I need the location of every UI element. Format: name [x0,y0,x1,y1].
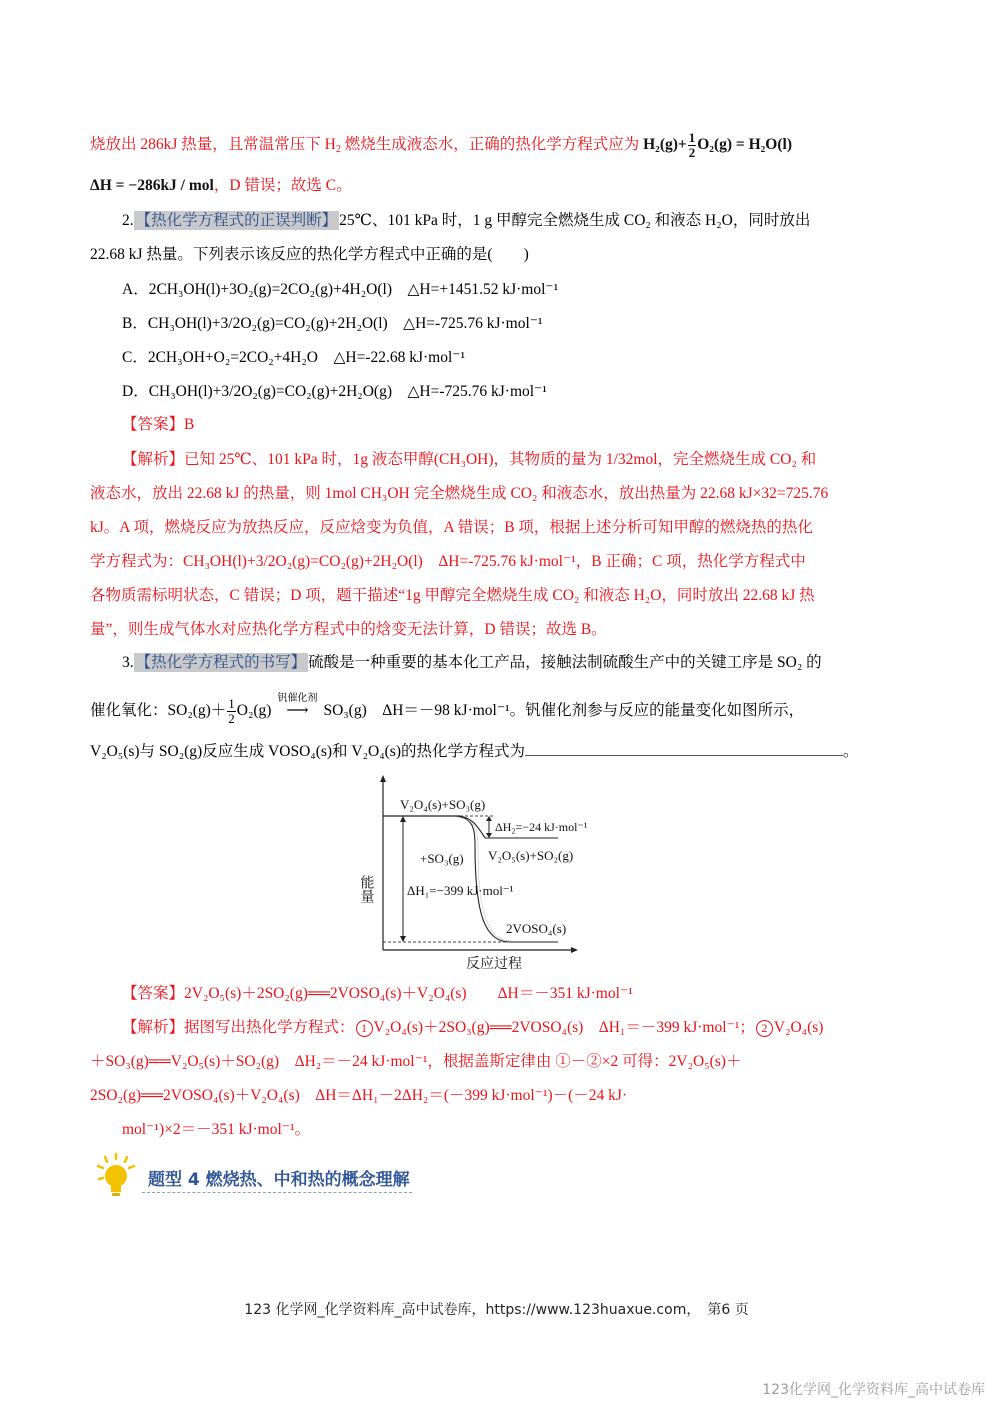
text: V₂O₄(s) [774,1019,824,1036]
bottom-species-label: 2VOSO₄(s) [506,921,566,936]
option-label: D． [122,383,149,400]
option-b: B．CH₃OH(l)+3/2O₂(g)=CO₂(g)+2H₂O(l) △H=-7… [122,314,543,334]
fraction: 12 [227,697,236,726]
stem-text: O₂(g) [237,702,272,719]
analysis-2-line-3: kJ。A 项，燃烧反应为放热反应，反应焓变为负值，A 错误；B 项，根据上述分析… [90,518,813,538]
continuation-line-1: 烧放出 286kJ 热量，且常温常压下 H2 燃烧生成液态水，正确的热化学方程式… [90,131,792,160]
dh2-label: ΔH₂=−24 kJ·mol⁻¹ [495,820,588,834]
option-text: CH₃OH(l)+3/2O₂(g)=CO₂(g)+2H₂O(g) △H=-725… [149,383,547,400]
option-label: B． [122,315,148,332]
text: V₂O₄(s)＋2SO₃(g)══2VOSO₄(s) ΔH₁＝－399 kJ·m… [374,1019,755,1036]
page-footer: 123 化学网_化学资料库_高中试卷库，https://www.123huaxu… [0,1299,993,1319]
analysis-3-line-3: 2SO₂(g)══2VOSO₄(s)＋V₂O₄(s) ΔH＝ΔH₁－2ΔH₂＝(… [90,1086,627,1106]
analysis-2-line-2: 液态水，放出 22.68 kJ 的热量，则 1mol CH₃OH 完全燃烧生成 … [90,484,828,504]
analysis-2-line-1: 【解析】已知 25℃、101 kPa 时，1g 液态甲醇(CH₃OH)，其物质的… [122,450,816,470]
question-2-stem-2: 22.68 kJ 热量。下列表示该反应的热化学方程式中正确的是( ) [90,245,529,265]
answer-text: 2V₂O₅(s)＋2SO₂(g)══2VOSO₄(s)＋V₂O₄(s) ΔH＝－… [184,985,633,1002]
analysis-2-line-5: 各物质需标明状态，C 错误；D 项，题干描述“1g 甲醇完全燃烧生成 CO₂ 和… [90,586,815,606]
analysis-2-line-6: 量”，则生成气体水对应热化学方程式中的焓变无法计算，D 错误；故选 B。 [90,620,607,640]
circled-1: 1 [356,1020,373,1037]
eq-left: H₂(g)+ [643,136,687,153]
frac-num: 1 [688,131,697,146]
stem-text: 25℃、101 kPa 时，1 g 甲醇完全燃烧生成 CO₂ 和液态 H₂O，同… [339,212,810,229]
continuation-line-2: ΔH = −286kJ / mol，D 错误；故选 C。 [90,176,352,196]
stem-text: SO₃(g) ΔH＝－98 kJ·mol⁻¹。钒催化剂参与反应的能量变化如图所示… [323,702,804,719]
y-axis-label: 能量 [360,874,375,903]
option-c: C．2CH₃OH+O₂=2CO₂+4H₂O △H=-22.68 kJ·mol⁻¹ [122,348,465,368]
section-title: 题型 4 燃烧热、中和热的概念理解 [142,1165,412,1193]
option-text: CH₃OH(l)+3/2O₂(g)=CO₂(g)+2H₂O(l) △H=-725… [148,315,543,332]
frac-den: 2 [688,146,697,160]
text: ，D 错误；故选 C。 [214,177,352,194]
topic-tag: 【热化学方程式的正误判断】 [134,211,340,230]
option-d: D．CH₃OH(l)+3/2O₂(g)=CO₂(g)+2H₂O(g) △H=-7… [122,382,547,402]
text: 烧放出 286kJ 热量，且常温常压下 H [90,136,336,153]
analysis-label: 【解析】 [122,1019,184,1036]
watermark: 123化学网_化学资料库_高中试卷库 [762,1379,985,1399]
plus-so3-label: +SO₃(g) [420,851,464,866]
answer-blank [525,741,843,756]
stem-text: 。 [843,743,859,760]
analysis-3-line-1: 【解析】据图写出热化学方程式：1V₂O₄(s)＋2SO₃(g)══2VOSO₄(… [122,1018,823,1038]
mid-species-label: V₂O₅(s)+SO₂(g) [488,848,573,863]
stem-text: 硫酸是一种重要的基本化工产品，接触法制硫酸生产中的关键工序是 SO₂ 的 [308,654,821,671]
x-axis-arrow-icon [571,947,578,953]
eq-right: O₂(g) = H₂O(l) [697,136,792,153]
stem-text: 22.68 kJ 热量。下列表示该反应的热化学方程式中正确的是( ) [90,246,529,263]
lightbulb-icon [96,1152,136,1205]
question-3-stem-3: V₂O₅(s)与 SO₂(g)反应生成 VOSO₄(s)和 V₂O₄(s)的热化… [90,741,859,762]
question-2-stem: 2.【热化学方程式的正误判断】25℃、101 kPa 时，1 g 甲醇完全燃烧生… [122,211,810,231]
catalyst-arrow: 钒催化剂⟶ [271,701,323,721]
option-text: 2CH₃OH+O₂=2CO₂+4H₂O △H=-22.68 kJ·mol⁻¹ [148,349,465,366]
option-a: A．2CH₃OH(l)+3O₂(g)=2CO₂(g)+4H₂O(l) △H=+1… [122,280,558,300]
topic-tag: 【热化学方程式的书写】 [134,653,309,672]
x-axis-label: 反应过程 [466,956,522,972]
answer-3: 【答案】2V₂O₅(s)＋2SO₂(g)══2VOSO₄(s)＋V₂O₄(s) … [122,984,633,1004]
question-3-stem: 3.【热化学方程式的书写】硫酸是一种重要的基本化工产品，接触法制硫酸生产中的关键… [122,653,822,673]
question-number: 3. [122,654,134,671]
stem-text: V₂O₅(s)与 SO₂(g)反应生成 VOSO₄(s)和 V₂O₄(s)的热化… [90,743,525,760]
catalyst-label: 钒催化剂 [271,689,323,709]
equation-h2: H₂(g)+12O₂(g) = H₂O(l) [643,136,792,153]
question-3-stem-2: 催化氧化：SO₂(g)＋12O₂(g)钒催化剂⟶SO₃(g) ΔH＝－98 kJ… [90,697,804,726]
frac-num: 1 [227,697,236,712]
option-text: 2CH₃OH(l)+3O₂(g)=2CO₂(g)+4H₂O(l) △H=+145… [149,281,559,298]
answer-label: 【答案】 [122,985,184,1002]
delta-h: ΔH = −286kJ / mol [90,177,214,194]
text: 燃烧生成液态水，正确的热化学方程式应为 [341,136,643,153]
analysis-3-line-4: mol⁻¹)×2＝－351 kJ·mol⁻¹。 [122,1120,310,1140]
analysis-3-line-2: ＋SO₃(g)══V₂O₅(s)＋SO₂(g) ΔH₂＝－24 kJ·mol⁻¹… [90,1052,741,1072]
answer-2: 【答案】B [122,415,194,435]
frac-den: 2 [227,712,236,726]
y-axis-arrow-icon [380,775,386,782]
text: 据图写出热化学方程式： [184,1019,355,1036]
energy-diagram: V₂O₄(s)+SO₃(g) ΔH₂=−24 kJ·mol⁻¹ V₂O₅(s)+… [360,775,630,975]
section-heading: 题型 4 燃烧热、中和热的概念理解 [96,1152,412,1205]
question-number: 2. [122,212,134,229]
stem-text: 催化氧化：SO₂(g)＋ [90,702,226,719]
option-label: A． [122,281,149,298]
fraction: 12 [688,131,697,160]
circled-2: 2 [756,1020,773,1037]
top-species-label: V₂O₄(s)+SO₃(g) [400,797,485,812]
analysis-2-line-4: 学方程式为：CH₃OH(l)+3/2O₂(g)=CO₂(g)+2H₂O(l) Δ… [90,552,806,572]
energy-diagram-svg: V₂O₄(s)+SO₃(g) ΔH₂=−24 kJ·mol⁻¹ V₂O₅(s)+… [360,775,630,975]
option-label: C． [122,349,148,366]
dh1-label: ΔH₁=−399 kJ·mol⁻¹ [407,883,514,898]
